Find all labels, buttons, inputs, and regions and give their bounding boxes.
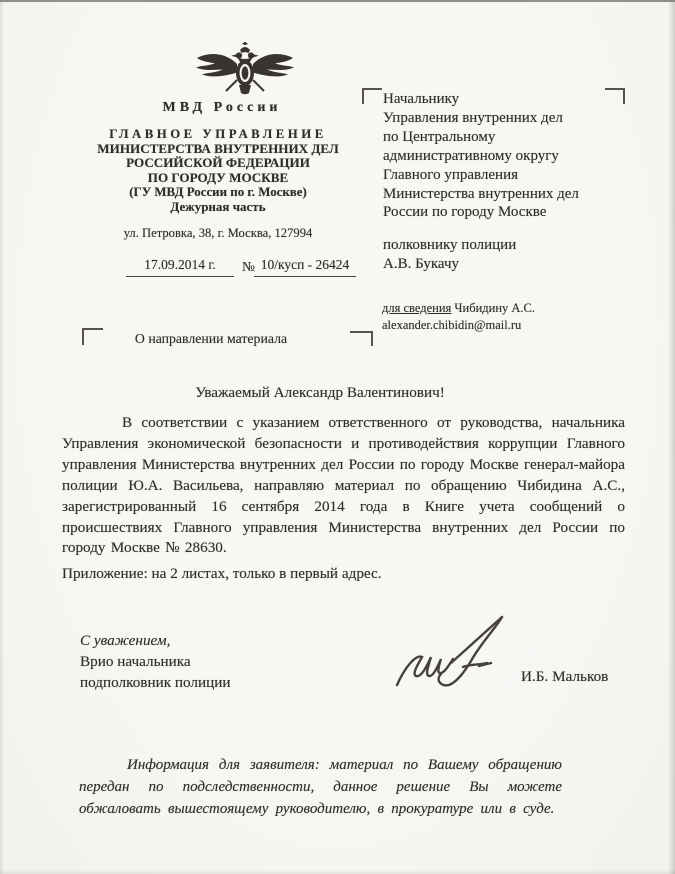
signature-scribble [383,609,513,701]
scan-edge-left [0,0,4,874]
addressee-line: Управления внутренних дел [383,109,619,128]
subject-line: О направлении материала [100,331,322,347]
addressee-line: административному округу [383,147,619,166]
scan-edge-bottom [0,869,675,874]
addressee-line: Главного управления [383,166,619,185]
fyi-label: для сведения [382,301,451,315]
org-line-2: МИНИСТЕРСТВА ВНУТРЕННИХ ДЕЛ [68,142,368,157]
attachment-note: Приложение: на 2 листах, только в первый… [62,565,382,583]
addressee-line: России по городу Москве [383,203,619,222]
closing-phrase: С уважением, [80,630,231,651]
org-line-5: (ГУ МВД России по г. Москве) [68,185,368,200]
scan-edge-right [668,0,675,874]
corner-mark-addressee-left [362,88,382,104]
org-postal-address: ул. Петровка, 38, г. Москва, 127994 [68,226,368,241]
org-name-block: ГЛАВНОЕ УПРАВЛЕНИЕ МИНИСТЕРСТВА ВНУТРЕНН… [68,127,368,215]
scanned-letter-page: МВД России ГЛАВНОЕ УПРАВЛЕНИЕ МИНИСТЕРСТ… [0,0,675,874]
salutation: Уважаемый Александр Валентинович! [62,384,578,402]
scan-edge-top [0,0,675,2]
addressee-line: Начальнику [383,90,619,109]
addressee-line: Министерства внутренних дел [383,185,619,204]
fyi-name: Чибидину А.С. [454,301,535,315]
org-line-6: Дежурная часть [68,200,368,215]
org-name-short: МВД России [72,100,372,116]
body-paragraph: В соответствии с указанием ответственног… [62,413,625,559]
signer-position: Врио начальника [80,651,231,672]
doc-number-sign: № [242,259,255,275]
mvd-double-headed-eagle-icon [191,42,299,98]
addressee-line: по Центральному [383,128,619,147]
org-line-1: ГЛАВНОЕ УПРАВЛЕНИЕ [68,127,368,142]
addressee-name: А.В. Букачу [383,255,619,274]
addressee-rank: полковнику полиции [383,236,619,255]
doc-date: 17.09.2014 г. [126,257,234,277]
addressee-block: Начальнику Управления внутренних дел по … [383,90,619,274]
org-line-4: ПО ГОРОДУ МОСКВЕ [68,171,368,186]
doc-number: 10/кусп - 26424 [254,257,356,277]
fyi-email: alexander.chibidin@mail.ru [382,317,622,334]
org-line-3: РОССИЙСКОЙ ФЕДЕРАЦИИ [68,156,368,171]
fyi-block: для сведения Чибидину А.С. alexander.chi… [382,300,622,333]
corner-mark-subject-right [350,331,373,346]
signer-name: И.Б. Мальков [521,668,608,686]
footnote-paragraph: Информация для заявителя: материал по Ва… [79,755,562,820]
signer-rank: подполковник полиции [80,672,231,693]
closing-block: С уважением, Врио начальника подполковни… [80,630,231,693]
